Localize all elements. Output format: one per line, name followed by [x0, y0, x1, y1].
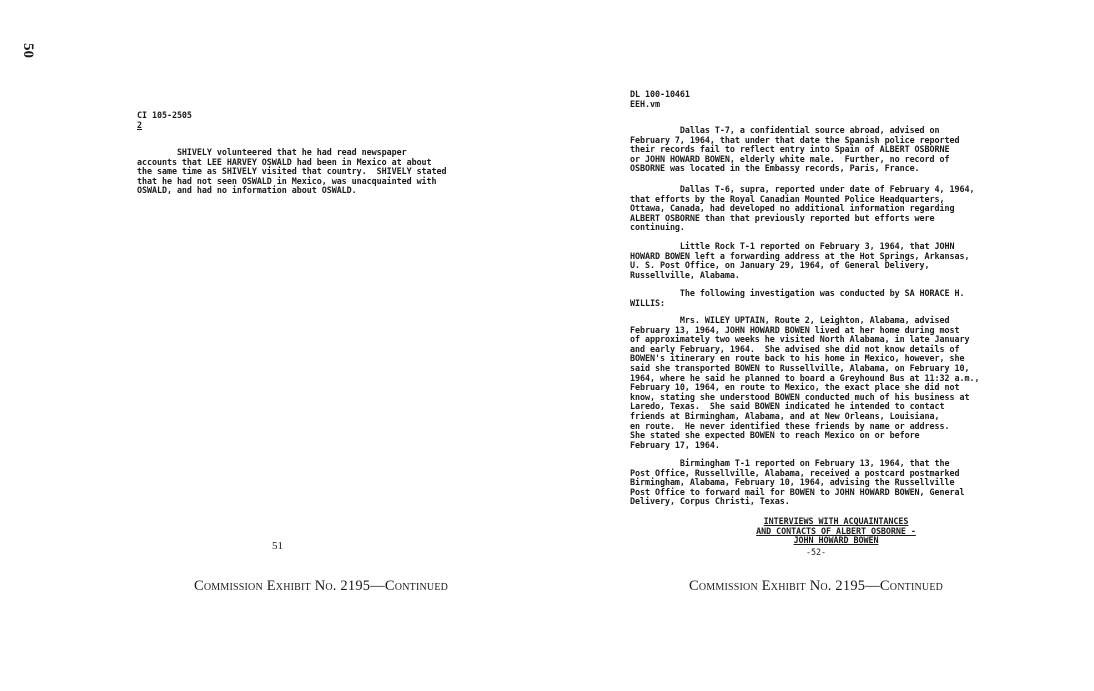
paragraph-line: February 17, 1964.	[630, 441, 979, 451]
footer-heading-line: JOHN HOWARD BOWEN	[726, 536, 946, 546]
left-caption: Commission Exhibit No. 2195—Continued	[194, 578, 448, 595]
left-paragraph: SHIVELY volunteered that he had read new…	[137, 148, 447, 196]
right-caption: Commission Exhibit No. 2195—Continued	[689, 578, 943, 595]
right-paragraph-2: Dallas T-6, supra, reported under date o…	[630, 185, 974, 233]
paragraph-line: The following investigation was conducte…	[630, 289, 964, 299]
paragraph-line: Russellville, Alabama.	[630, 271, 969, 281]
left-page-number: 51	[272, 540, 283, 552]
right-paragraph-3: Little Rock T-1 reported on February 3, …	[630, 242, 969, 280]
right-paragraph-1: Dallas T-7, a confidential source abroad…	[630, 126, 959, 174]
right-paragraph-4: The following investigation was conducte…	[630, 289, 964, 308]
paragraph-line: Delivery, Corpus Christi, Texas.	[630, 497, 964, 507]
paragraph-line: continuing.	[630, 223, 974, 233]
footer-heading: INTERVIEWS WITH ACQUAINTANCES AND CONTAC…	[726, 517, 946, 546]
side-page-number: 50	[19, 43, 36, 58]
right-paragraph-6: Birmingham T-1 reported on February 13, …	[630, 459, 964, 507]
right-paragraph-5: Mrs. WILEY UPTAIN, Route 2, Leighton, Al…	[630, 316, 979, 450]
paragraph-line: OSWALD, and had no information about OSW…	[137, 186, 447, 196]
right-page-number: -52-	[806, 548, 826, 558]
left-file-number: CI 105-2505	[137, 111, 192, 121]
right-initials: EEH.vm	[630, 100, 660, 110]
left-page-marker: 2	[137, 121, 142, 131]
paragraph-line: OSBORNE was located in the Embassy recor…	[630, 164, 959, 174]
paragraph-line: WILLIS:	[630, 299, 964, 309]
